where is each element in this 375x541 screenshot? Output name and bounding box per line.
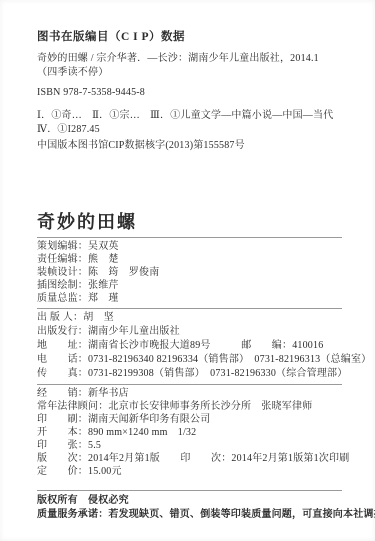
cip-header: 图书在版编目（C I P）数据 <box>37 30 342 44</box>
credits-divider <box>37 308 342 309</box>
publishing-divider <box>37 384 342 385</box>
cip-record-line: 中国版本图书馆CIP数据核字(2013)第155587号 <box>37 139 342 153</box>
publishing-section: 出 版 人：胡 坚 出版发行：湖南少年儿童出版社 地 址：湖南省长沙市晚报大道8… <box>37 311 342 381</box>
phone-line: 电 话：0731-82196340 82196334（销售部） 0731-821… <box>37 353 342 367</box>
address-line: 地 址：湖南省长沙市晚报大道89号 邮 编：410016 <box>37 339 342 353</box>
publishing-house-line: 出版发行：湖南少年儿童出版社 <box>37 325 342 339</box>
credit-line: 质量总监：郑 瑾 <box>37 292 342 305</box>
sheets-line: 印 张：5.5 <box>37 439 342 452</box>
book-title: 奇妙的田螺 <box>37 209 342 235</box>
cip-series-line: （四季读不停） <box>37 66 342 80</box>
credit-line: 插图绘制：张维芹 <box>37 279 342 292</box>
footer-section: 版权所有 侵权必究 质量服务承诺：若发现缺页、错页、倒装等印装质量问题，可直接向… <box>37 494 342 521</box>
edition-line: 版 次：2014年2月第1版 印 次：2014年2月第1版第1次印刷 <box>37 452 342 465</box>
cip-isbn-line: ISBN 978-7-5358-9445-8 <box>37 86 342 100</box>
cip-section: 图书在版编目（C I P）数据 奇妙的田螺 / 宗介华著．—长沙：湖南少年儿童出… <box>37 30 342 153</box>
credit-line: 装帧设计：陈 筠 罗俊南 <box>37 266 342 279</box>
format-line: 开 本：890 mm×1240 mm 1/32 <box>37 426 342 439</box>
distribution-section: 经 销：新华书店 常年法律顾问：北京市长安律师事务所长沙分所 张晓军律师 印 刷… <box>37 387 342 478</box>
cip-classification-line-1: Ⅰ．①奇… Ⅱ．①宗… Ⅲ．①儿童文学—中篇小说—中国—当代 <box>37 109 342 123</box>
footer-divider <box>37 490 342 491</box>
copyright-page: 图书在版编目（C I P）数据 奇妙的田螺 / 宗介华著．—长沙：湖南少年儿童出… <box>0 0 375 541</box>
publisher-line: 出 版 人：胡 坚 <box>37 311 342 325</box>
credits-section: 策划编辑：吴双英 责任编辑：熊 楚 装帧设计：陈 筠 罗俊南 插图绘制：张维芹 … <box>37 240 342 305</box>
rights-notice: 版权所有 侵权必究 <box>37 494 342 508</box>
cip-classification-line-2: Ⅳ．①I287.45 <box>37 123 342 137</box>
printer-line: 印 刷：湖南天闻新华印务有限公司 <box>37 413 342 426</box>
legal-counsel-line: 常年法律顾问：北京市长安律师事务所长沙分所 张晓军律师 <box>37 400 342 413</box>
price-line: 定 价：15.00元 <box>37 465 342 478</box>
title-divider <box>37 237 342 238</box>
cip-book-line: 奇妙的田螺 / 宗介华著．—长沙：湖南少年儿童出版社，2014.1 <box>37 52 342 66</box>
credit-line: 责任编辑：熊 楚 <box>37 253 342 266</box>
quality-service-notice: 质量服务承诺：若发现缺页、错页、倒装等印装质量问题，可直接向本社调换。 <box>37 508 342 522</box>
distributor-line: 经 销：新华书店 <box>37 387 342 400</box>
credit-line: 策划编辑：吴双英 <box>37 240 342 253</box>
fax-line: 传 真：0731-82199308（销售部） 0731-82196330（综合管… <box>37 367 342 381</box>
